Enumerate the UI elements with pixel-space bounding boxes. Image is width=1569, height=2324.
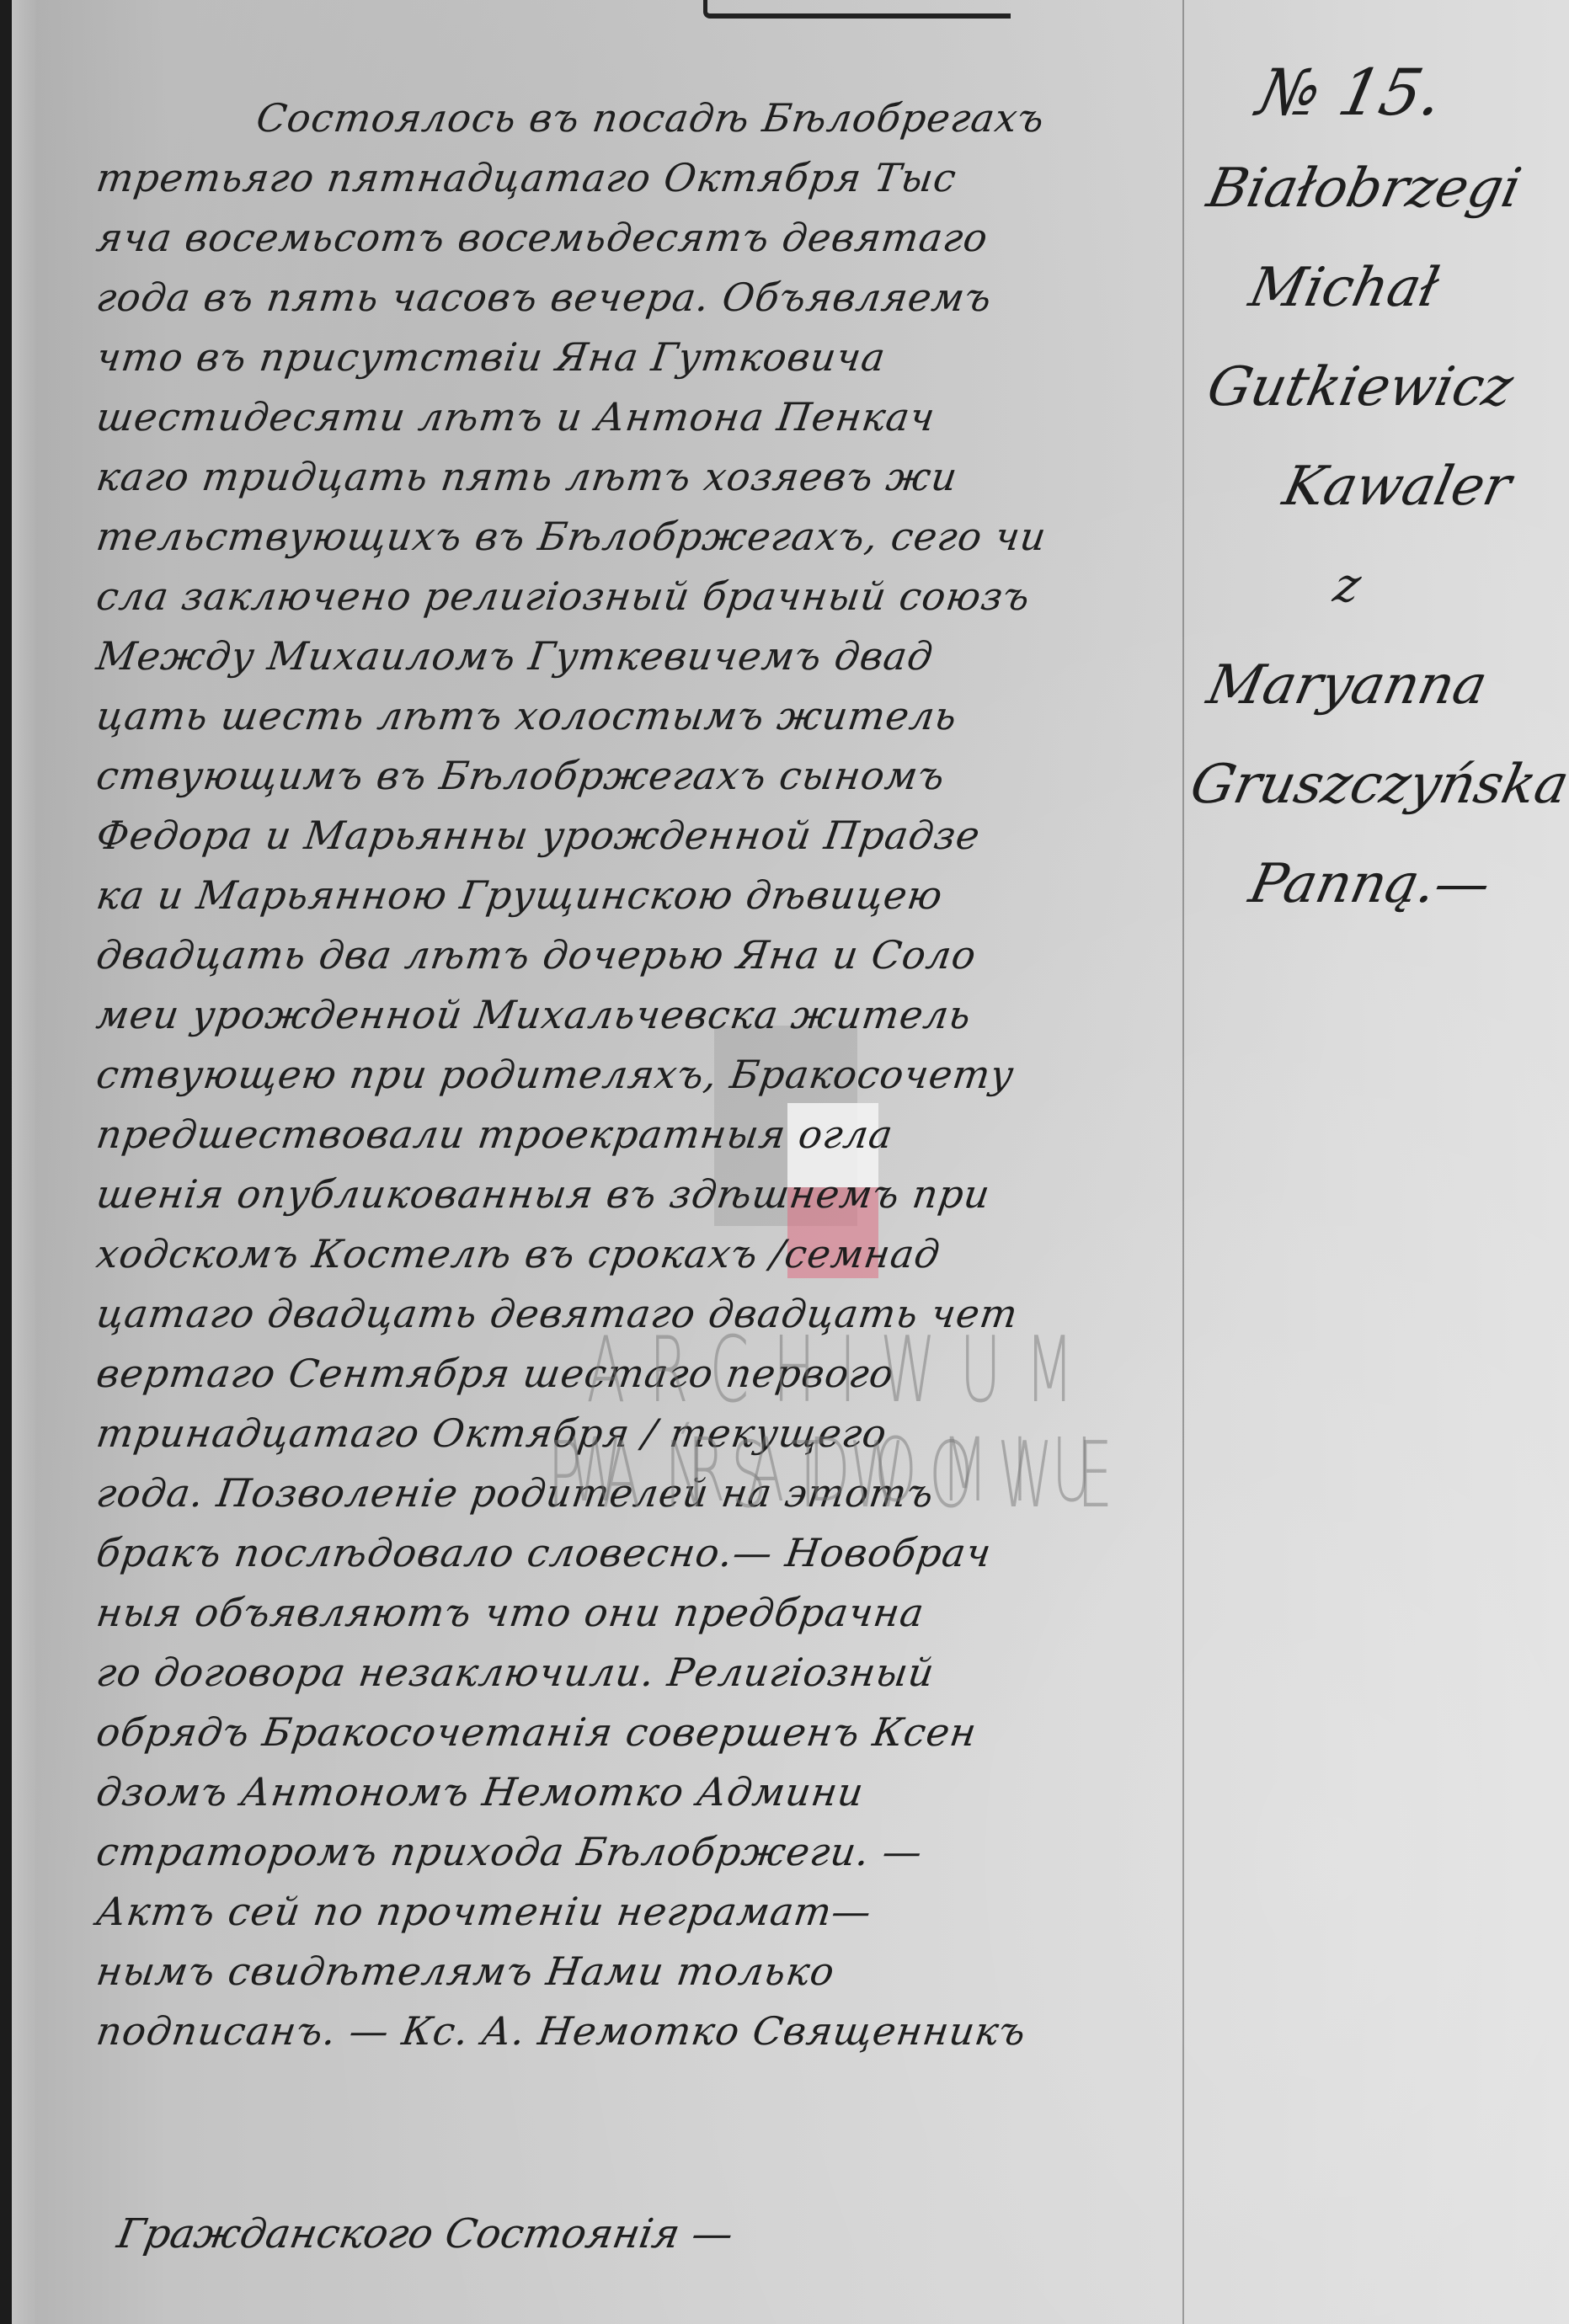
- margin-bride-surname: Gruszczyńska: [1181, 735, 1569, 834]
- scan-left-edge: [0, 0, 12, 2324]
- body-line: ка и Марьянною Грущинскою дѣвицею: [93, 866, 1187, 925]
- body-line: двадцать два лѣтъ дочерью Яна и Соло: [93, 925, 1187, 985]
- body-line: шестидесяти лѣтъ и Антона Пенкач: [93, 387, 1187, 447]
- margin-groom-status: Kawaler: [1181, 437, 1569, 536]
- body-line: ныя объявляютъ что они предбрачна: [93, 1583, 1187, 1643]
- body-line: Между Михаиломъ Гуткевичемъ двад: [93, 626, 1187, 686]
- body-line: подписанъ. — Кс. А. Немотко Священникъ: [93, 2002, 1187, 2061]
- body-line: дзомъ Антономъ Немотко Админи: [93, 1762, 1187, 1822]
- body-line: ствующимъ въ Бѣлобржегахъ сыномъ: [93, 746, 1187, 806]
- signature-line: Гражданского Состоянія —: [114, 2210, 737, 2257]
- body-line: обрядъ Бракосочетанія совершенъ Ксен: [93, 1703, 1187, 1762]
- body-line: Актъ сей по прочтеніи неграмат—: [93, 1882, 1187, 1942]
- body-line: меи урожденной Михальчевска житель: [93, 985, 1187, 1045]
- body-line: яча восемьсотъ восемьдесятъ девятаго: [93, 208, 1187, 268]
- body-line: предшествовали троекратныя огла: [93, 1105, 1187, 1165]
- body-line: года въ пять часовъ вечера. Объявляемъ: [93, 268, 1187, 328]
- body-line: Федора и Марьянны урожденной Прадзе: [93, 806, 1187, 866]
- body-line: третьяго пятнадцатаго Октября Тыс: [93, 148, 1187, 208]
- entry-number: № 15.: [1182, 46, 1569, 139]
- body-line: что въ присутствіи Яна Гутковича: [93, 328, 1187, 387]
- margin-bride-first-name: Maryanna: [1181, 636, 1569, 735]
- body-line: сла заключено религіозный брачный союзъ: [93, 567, 1187, 626]
- margin-groom-surname: Gutkiewicz: [1181, 338, 1569, 437]
- archive-watermark-line2: W RADOMIU: [472, 1419, 1213, 1522]
- body-line: каго тридцать пять лѣтъ хозяевъ жи: [93, 447, 1187, 507]
- body-line: тельствующихъ въ Бѣлобржегахъ, сего чи: [93, 507, 1187, 567]
- margin-annotations: № 15. Białobrzegi Michał Gutkiewicz Kawa…: [1192, 46, 1562, 934]
- scan-left-shadow: [12, 0, 37, 2324]
- body-line: ходскомъ Костелѣ въ срокахъ /семнад: [93, 1224, 1187, 1284]
- body-line: нымъ свидѣтелямъ Нами только: [93, 1942, 1187, 2002]
- margin-bride-status: Panną.—: [1181, 834, 1569, 934]
- body-line: Состоялось въ посадѣ Бѣлобрегахъ: [93, 88, 1187, 148]
- body-line: бракъ послѣдовало словесно.— Новобрач: [93, 1523, 1187, 1583]
- record-body: Состоялось въ посадѣ Бѣлобрегахъ третьяг…: [93, 88, 1179, 2061]
- margin-place: Białobrzegi: [1181, 139, 1569, 238]
- page-top-tab-mark: [703, 0, 1011, 19]
- body-line: страторомъ прихода Бѣлобржеги. —: [93, 1822, 1187, 1882]
- body-line: го договора незаключили. Религіозный: [93, 1643, 1187, 1703]
- body-line: цать шесть лѣтъ холостымъ житель: [93, 686, 1187, 746]
- body-line: ствующею при родителяхъ, Бракосочету: [93, 1045, 1187, 1105]
- body-line: шенія опубликованныя въ здѣшнемъ при: [93, 1165, 1187, 1224]
- document-scan: Состоялось въ посадѣ Бѣлобрегахъ третьяг…: [0, 0, 1569, 2324]
- margin-groom-first-name: Michał: [1181, 238, 1569, 338]
- margin-conjunction: z: [1181, 536, 1569, 636]
